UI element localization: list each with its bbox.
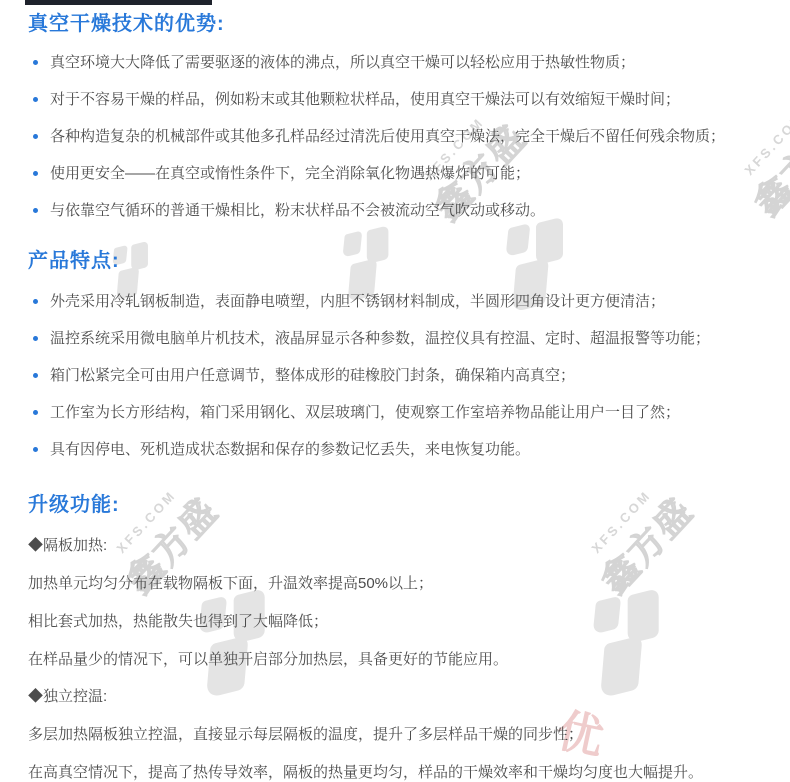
bullet-text: 各种构造复杂的机械部件或其他多孔样品经过清洗后使用真空干燥法，完全干燥后不留任何… (50, 129, 725, 145)
bullet-dot-icon (33, 336, 38, 341)
section-title-product-features: 产品特点: (28, 249, 770, 273)
product-description-page: XFS.COM 鑫方盛 XFS.COM 鑫方盛 XFS.COM 鑫方盛 (0, 0, 790, 782)
bullet-item: 使用更安全——在真空或惰性条件下，完全消除氧化物遇热爆炸的可能； (28, 166, 770, 182)
bullet-text: 使用更安全——在真空或惰性条件下，完全消除氧化物遇热爆炸的可能； (50, 166, 530, 182)
advantages-bullet-list: 真空环境大大降低了需要驱逐的液体的沸点，所以真空干燥可以轻松应用于热敏性物质； … (28, 55, 770, 219)
content-area: 真空干燥技术的优势: 真空环境大大降低了需要驱逐的液体的沸点，所以真空干燥可以轻… (0, 0, 790, 781)
paragraph-line: 在样品量少的情况下，可以单独开启部分加热层，具备更好的节能应用。 (28, 652, 770, 668)
bullet-text: 与依靠空气循环的普通干燥相比，粉末状样品不会被流动空气吹动或移动。 (50, 203, 545, 219)
subsection-heading-independent-temp-control: ◆独立控温: (28, 689, 770, 705)
paragraph-line: 相比套式加热，热能散失也得到了大幅降低； (28, 614, 770, 630)
bullet-text: 外壳采用冷轧钢板制造，表面静电喷塑，内胆不锈钢材料制成，半圆形四角设计更方便清洁… (50, 294, 665, 310)
bullet-dot-icon (33, 171, 38, 176)
section-title-upgraded-functions: 升级功能: (28, 493, 770, 517)
bullet-text: 真空环境大大降低了需要驱逐的液体的沸点，所以真空干燥可以轻松应用于热敏性物质； (50, 55, 635, 71)
bullet-dot-icon (33, 410, 38, 415)
bullet-dot-icon (33, 60, 38, 65)
bullet-dot-icon (33, 208, 38, 213)
bullet-text: 对于不容易干燥的样品，例如粉末或其他颗粒状样品，使用真空干燥法可以有效缩短干燥时… (50, 92, 680, 108)
paragraph-line: 在高真空情况下，提高了热传导效率，隔板的热量更均匀，样品的干燥效率和干燥均匀度也… (28, 765, 770, 781)
bullet-dot-icon (33, 373, 38, 378)
bullet-dot-icon (33, 447, 38, 452)
features-bullet-list: 外壳采用冷轧钢板制造，表面静电喷塑，内胆不锈钢材料制成，半圆形四角设计更方便清洁… (28, 294, 770, 458)
bullet-item: 与依靠空气循环的普通干燥相比，粉末状样品不会被流动空气吹动或移动。 (28, 203, 770, 219)
paragraph-line: 加热单元均匀分布在载物隔板下面，升温效率提高50%以上； (28, 576, 770, 592)
bullet-dot-icon (33, 299, 38, 304)
bullet-item: 工作室为长方形结构，箱门采用钢化、双层玻璃门，使观察工作室培养物品能让用户一目了… (28, 405, 770, 421)
bullet-text: 温控系统采用微电脑单片机技术，液晶屏显示各种参数，温控仪具有控温、定时、超温报警… (50, 331, 710, 347)
bullet-text: 工作室为长方形结构，箱门采用钢化、双层玻璃门，使观察工作室培养物品能让用户一目了… (50, 405, 680, 421)
bullet-item: 温控系统采用微电脑单片机技术，液晶屏显示各种参数，温控仪具有控温、定时、超温报警… (28, 331, 770, 347)
bullet-dot-icon (33, 97, 38, 102)
bullet-item: 真空环境大大降低了需要驱逐的液体的沸点，所以真空干燥可以轻松应用于热敏性物质； (28, 55, 770, 71)
bullet-text: 箱门松紧完全可由用户任意调节，整体成形的硅橡胶门封条，确保箱内高真空； (50, 368, 575, 384)
paragraph-line: 多层加热隔板独立控温，直接显示每层隔板的温度，提升了多层样品干燥的同步性； (28, 727, 770, 743)
bullet-item: 具有因停电、死机造成状态数据和保存的参数记忆丢失，来电恢复功能。 (28, 442, 770, 458)
bullet-item: 对于不容易干燥的样品，例如粉末或其他颗粒状样品，使用真空干燥法可以有效缩短干燥时… (28, 92, 770, 108)
bullet-item: 外壳采用冷轧钢板制造，表面静电喷塑，内胆不锈钢材料制成，半圆形四角设计更方便清洁… (28, 294, 770, 310)
bullet-dot-icon (33, 134, 38, 139)
subsection-heading-shelf-heating: ◆隔板加热: (28, 538, 770, 554)
bullet-text: 具有因停电、死机造成状态数据和保存的参数记忆丢失，来电恢复功能。 (50, 442, 530, 458)
bullet-item: 各种构造复杂的机械部件或其他多孔样品经过清洗后使用真空干燥法，完全干燥后不留任何… (28, 129, 770, 145)
bullet-item: 箱门松紧完全可由用户任意调节，整体成形的硅橡胶门封条，确保箱内高真空； (28, 368, 770, 384)
section-title-vacuum-advantages: 真空干燥技术的优势: (28, 12, 770, 36)
